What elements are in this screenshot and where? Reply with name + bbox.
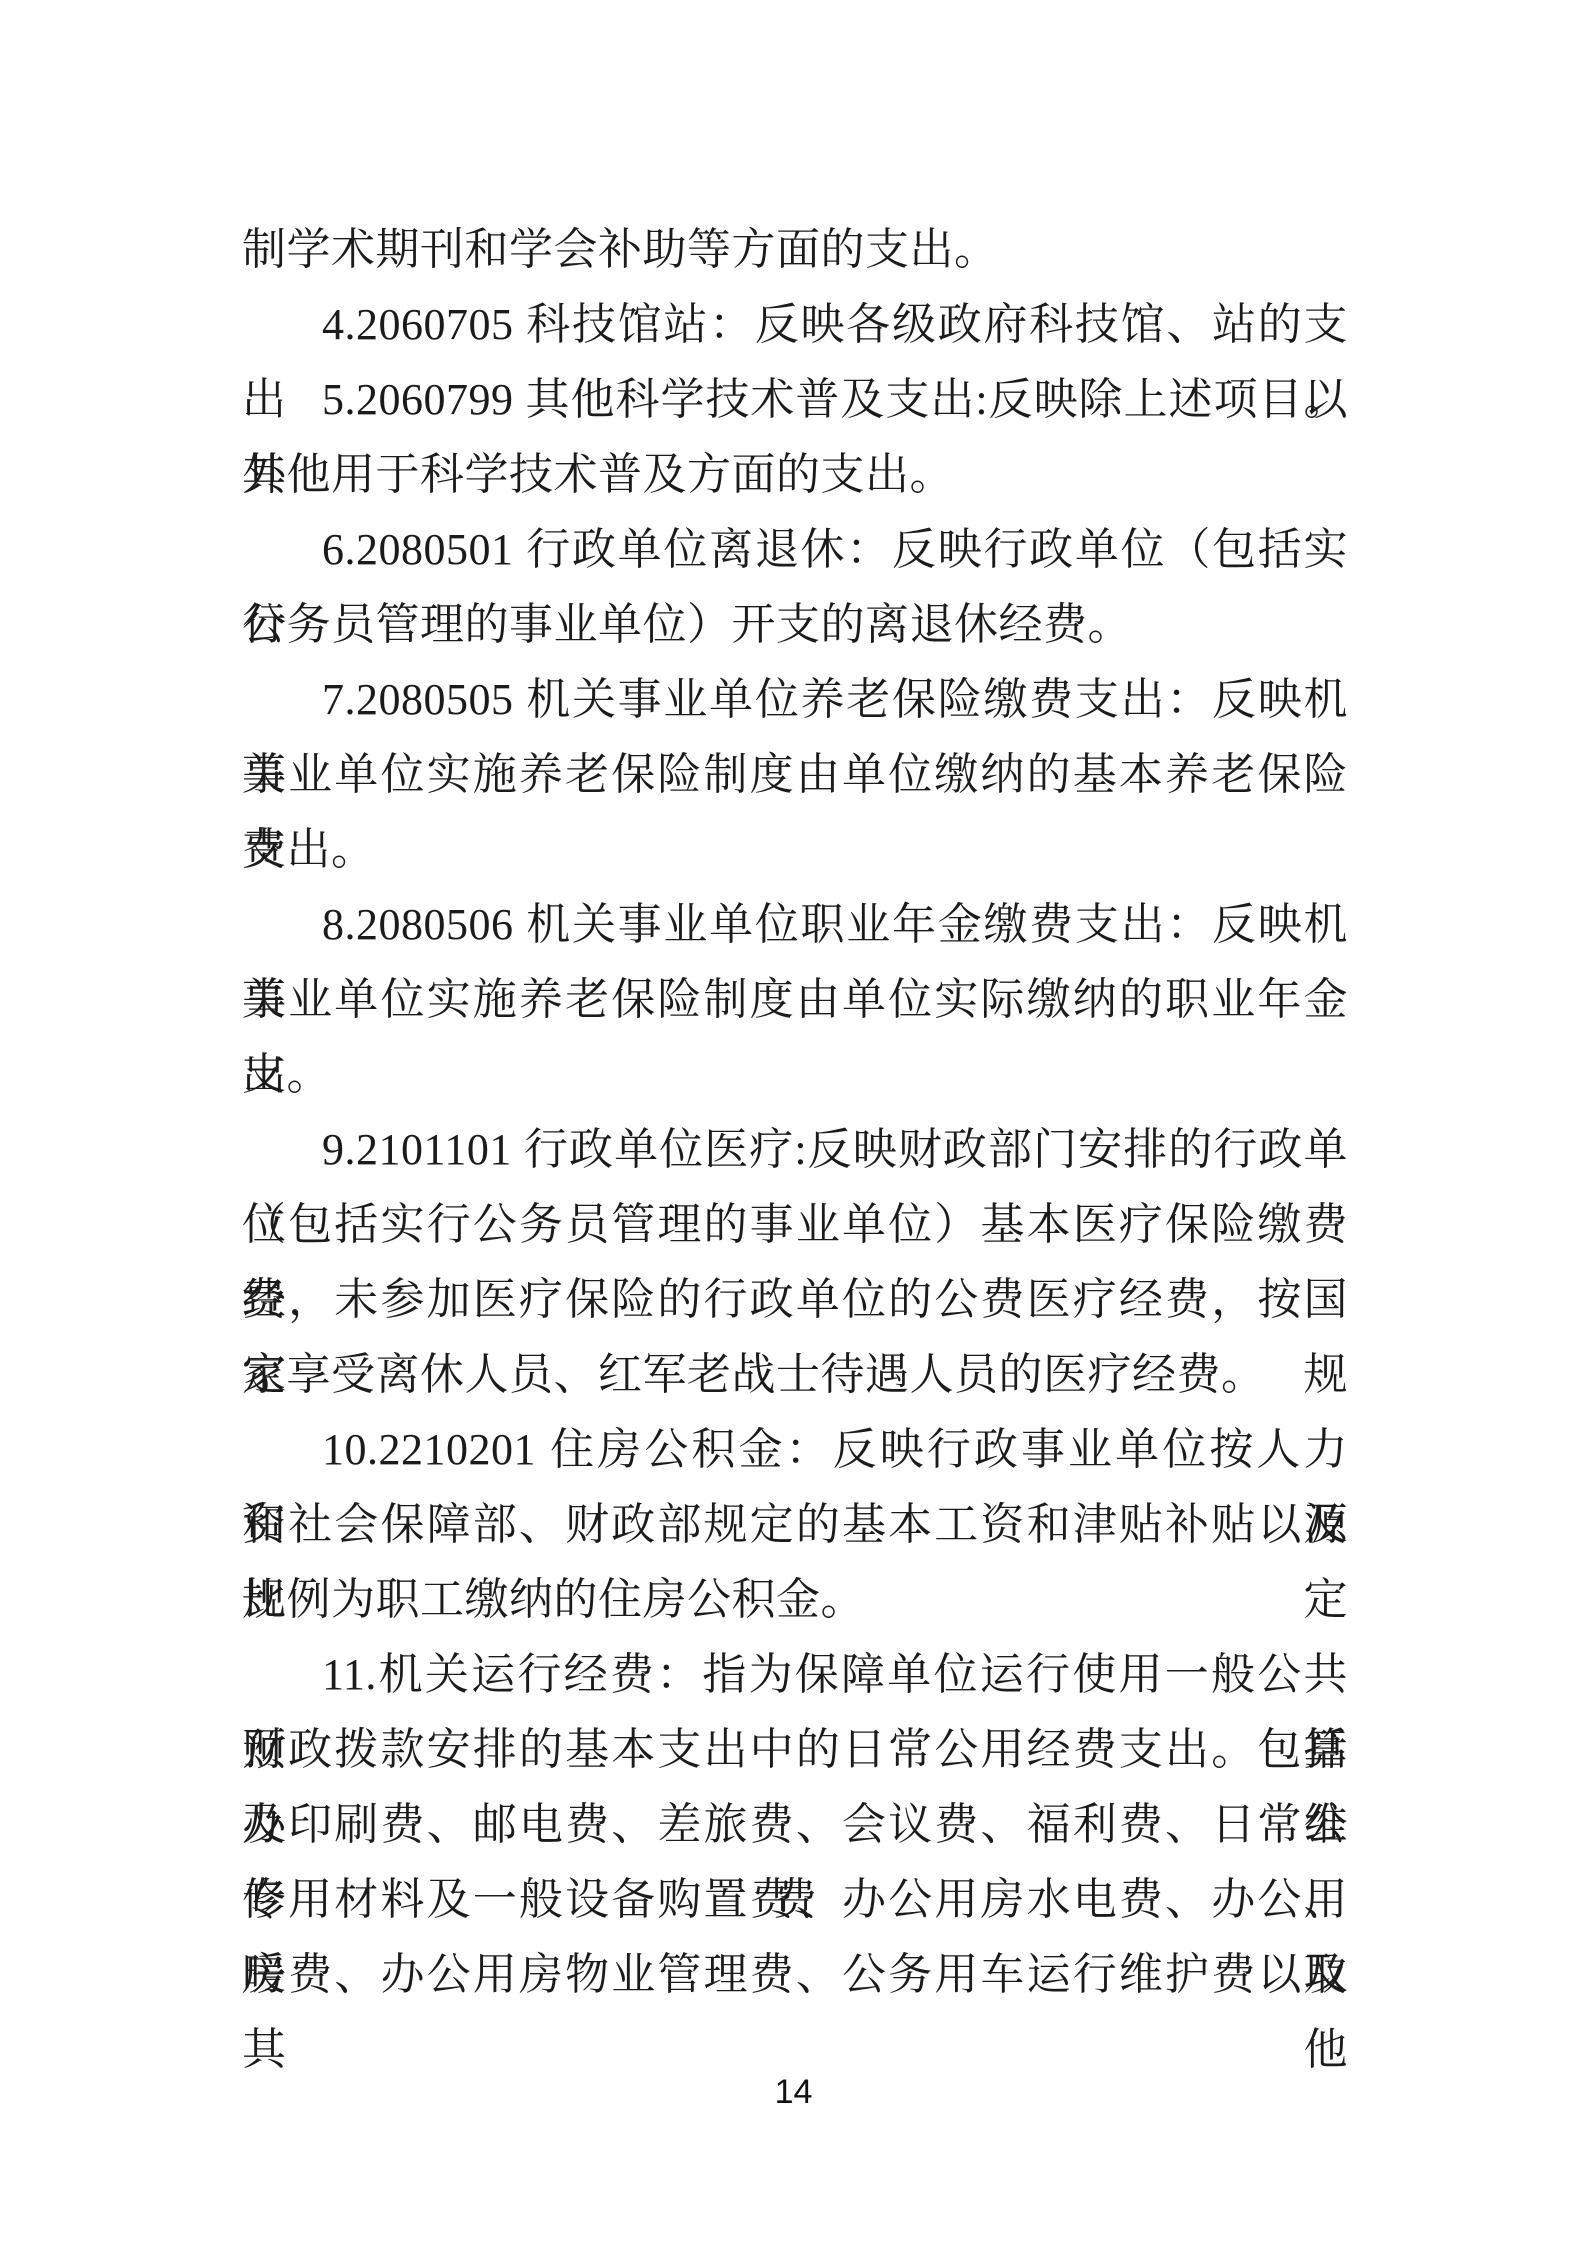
text-line: 专用材料及一般设备购置费、办公用房水电费、办公用房取 (242, 1862, 1348, 1937)
text-line: 出。 (242, 1037, 1348, 1112)
text-line: 11.机关运行经费：指为保障单位运行使用一般公共预算 (242, 1637, 1348, 1712)
text-line: 8.2080506 机关事业单位职业年金缴费支出：反映机关 (242, 887, 1348, 962)
text-line: 制学术期刊和学会补助等方面的支出。 (242, 212, 1348, 287)
text-line: 支出。 (242, 812, 1348, 887)
text-line: 5.2060799 其他科学技术普及支出:反映除上述项目以外 (242, 362, 1348, 437)
text-line: 暖费、办公用房物业管理费、公务用车运行维护费以及其他 (242, 1937, 1348, 2012)
document-body: 制学术期刊和学会补助等方面的支出。 4.2060705 科技馆站：反映各级政府科… (242, 212, 1348, 2012)
text-line: 和社会保障部、财政部规定的基本工资和津贴补贴以及规定 (242, 1487, 1348, 1562)
text-line: 4.2060705 科技馆站：反映各级政府科技馆、站的支出。 (242, 287, 1348, 362)
text-line: 其他用于科学技术普及方面的支出。 (242, 437, 1348, 512)
text-line: 6.2080501 行政单位离退休：反映行政单位（包括实行 (242, 512, 1348, 587)
text-line: 公务员管理的事业单位）开支的离退休经费。 (242, 587, 1348, 662)
text-line: 10.2210201 住房公积金：反映行政事业单位按人力资源 (242, 1412, 1348, 1487)
text-line: 事业单位实施养老保险制度由单位缴纳的基本养老保险费 (242, 737, 1348, 812)
text-line: 及印刷费、邮电费、差旅费、会议费、福利费、日常维修费、 (242, 1787, 1348, 1862)
document-page: 制学术期刊和学会补助等方面的支出。 4.2060705 科技馆站：反映各级政府科… (0, 0, 1587, 2245)
text-line: 事业单位实施养老保险制度由单位实际缴纳的职业年金支 (242, 962, 1348, 1037)
text-line: 财政拨款安排的基本支出中的日常公用经费支出。包括办公 (242, 1712, 1348, 1787)
text-line: 9.2101101 行政单位医疗:反映财政部门安排的行政单位 (242, 1112, 1348, 1187)
text-line: 费，未参加医疗保险的行政单位的公费医疗经费，按国家规 (242, 1262, 1348, 1337)
text-line: （包括实行公务员管理的事业单位）基本医疗保险缴费经 (242, 1187, 1348, 1262)
text-line: 定享受离休人员、红军老战士待遇人员的医疗经费。 (242, 1337, 1348, 1412)
page-number: 14 (0, 2072, 1587, 2112)
text-line: 7.2080505 机关事业单位养老保险缴费支出：反映机关 (242, 662, 1348, 737)
